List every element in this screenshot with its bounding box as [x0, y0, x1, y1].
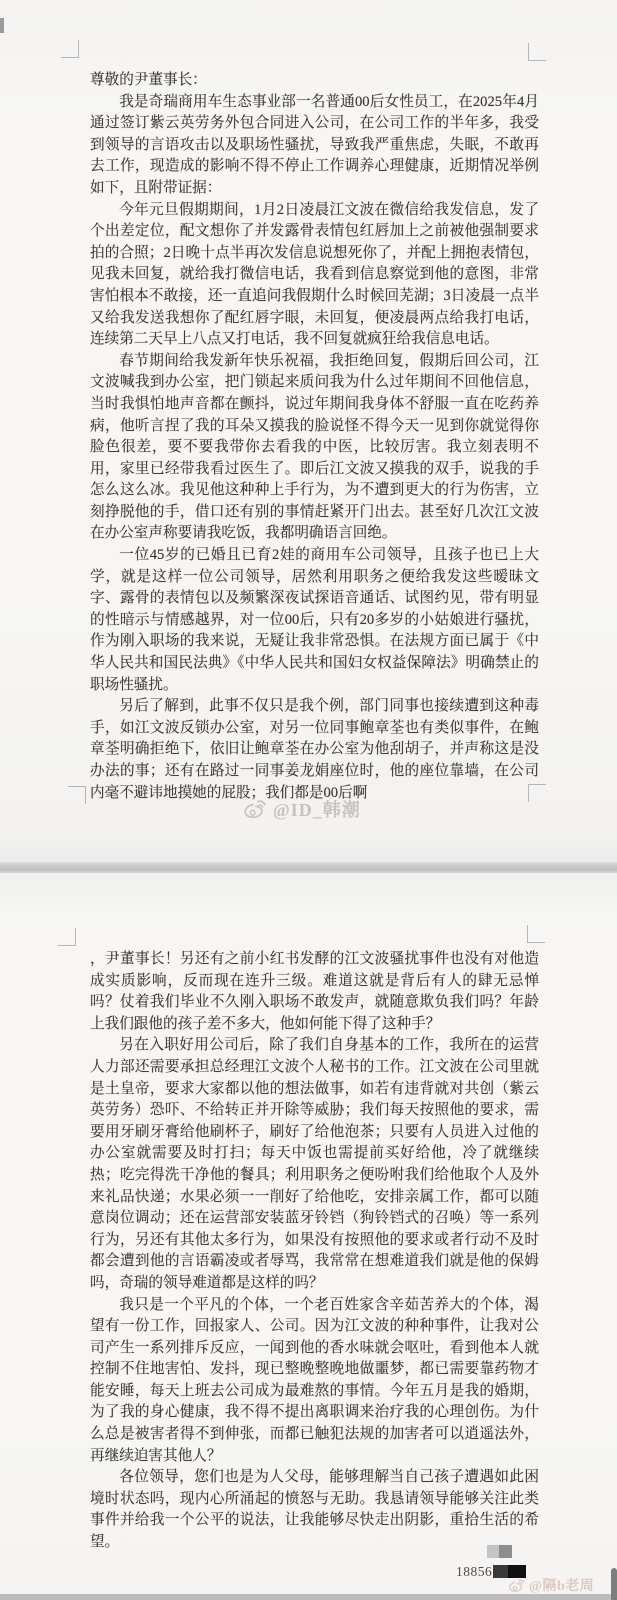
letter-page-1: 尊敬的尹董事长： 我是奇瑞商用车生态事业部一名普通00后女性员工，在2025年4… — [0, 0, 617, 862]
letter-paragraph: 我是奇瑞商用车生态事业部一名普通00后女性员工，在2025年4月通过签订紫云英劳… — [90, 92, 539, 200]
letter-paragraph: 春节期间给我发新年快乐祝福，我拒绝回复，假期后回公司，江文波喊我到办公室，把门锁… — [90, 351, 539, 545]
redaction-block — [493, 1565, 508, 1578]
redaction-block — [499, 1545, 512, 1558]
phone-number-partial: 18856 — [456, 1564, 492, 1579]
margin-corner-mark — [61, 40, 79, 58]
weibo-icon — [508, 1577, 525, 1594]
letter-paragraph: 各位领导，您们也是为人父母，能够理解当自己孩子遭遇如此困境时状态吗，现内心所涌起… — [90, 1467, 539, 1553]
salutation: 尊敬的尹董事长： — [90, 70, 539, 92]
photo-bottom-edge — [0, 1594, 617, 1600]
page-gap — [0, 862, 617, 873]
margin-corner-mark — [58, 928, 76, 946]
photo-edge-artifact — [0, 18, 4, 33]
letter-paragraph: ，尹董事长！另还有之前小红书发酵的江文波骚扰事件也没有对他造成实质影响，反而现在… — [90, 949, 539, 1035]
letter-paragraph: 今年元旦假期期间，1月2日凌晨江文波在微信给我发信息，发了个出差定位，配文想你了… — [90, 200, 539, 351]
watermark-handle: @ID_韩潮 — [273, 796, 361, 822]
weibo-icon — [243, 797, 267, 821]
letter-photo: 尊敬的尹董事长： 我是奇瑞商用车生态事业部一名普通00后女性员工，在2025年4… — [0, 0, 617, 1600]
letter-paragraph: 另在入职好用公司后，除了我们自身基本的工作，我所在的运营人力部还需要承担总经理江… — [90, 1035, 539, 1294]
letter-page-2: ，尹董事长！另还有之前小红书发酵的江文波骚扰事件也没有对他造成实质影响，反而现在… — [0, 873, 617, 1594]
redacted-info-blocks — [487, 1545, 512, 1558]
letter-paragraph: 另后了解到，此事不仅只是我个例，部门同事也接续遭到这种毒手，如江文波反锁办公室，… — [90, 696, 539, 804]
letter-paragraph: 我只是一个平凡的个体，一个老百姓家含辛茹苦养大的个体，渴望有一份工作，回报家人、… — [90, 1295, 539, 1468]
watermark-page-2: @隔b老周 — [508, 1575, 594, 1594]
photo-edge-artifact — [611, 1568, 617, 1600]
watermark-handle: @隔b老周 — [529, 1575, 594, 1594]
letter-body-page-1: 尊敬的尹董事长： 我是奇瑞商用车生态事业部一名普通00后女性员工，在2025年4… — [90, 70, 539, 804]
margin-corner-mark — [68, 786, 86, 804]
margin-corner-mark — [528, 43, 546, 61]
watermark-page-1: @ID_韩潮 — [243, 796, 361, 822]
redaction-block — [487, 1545, 499, 1558]
letter-paragraph: 一位45岁的已婚且已育2娃的商用车公司领导，且孩子也已上大学，就是这样一位公司领… — [90, 545, 539, 696]
margin-corner-mark — [527, 925, 545, 943]
letter-body-page-2: ，尹董事长！另还有之前小红书发酵的江文波骚扰事件也没有对他造成实质影响，反而现在… — [90, 949, 539, 1554]
